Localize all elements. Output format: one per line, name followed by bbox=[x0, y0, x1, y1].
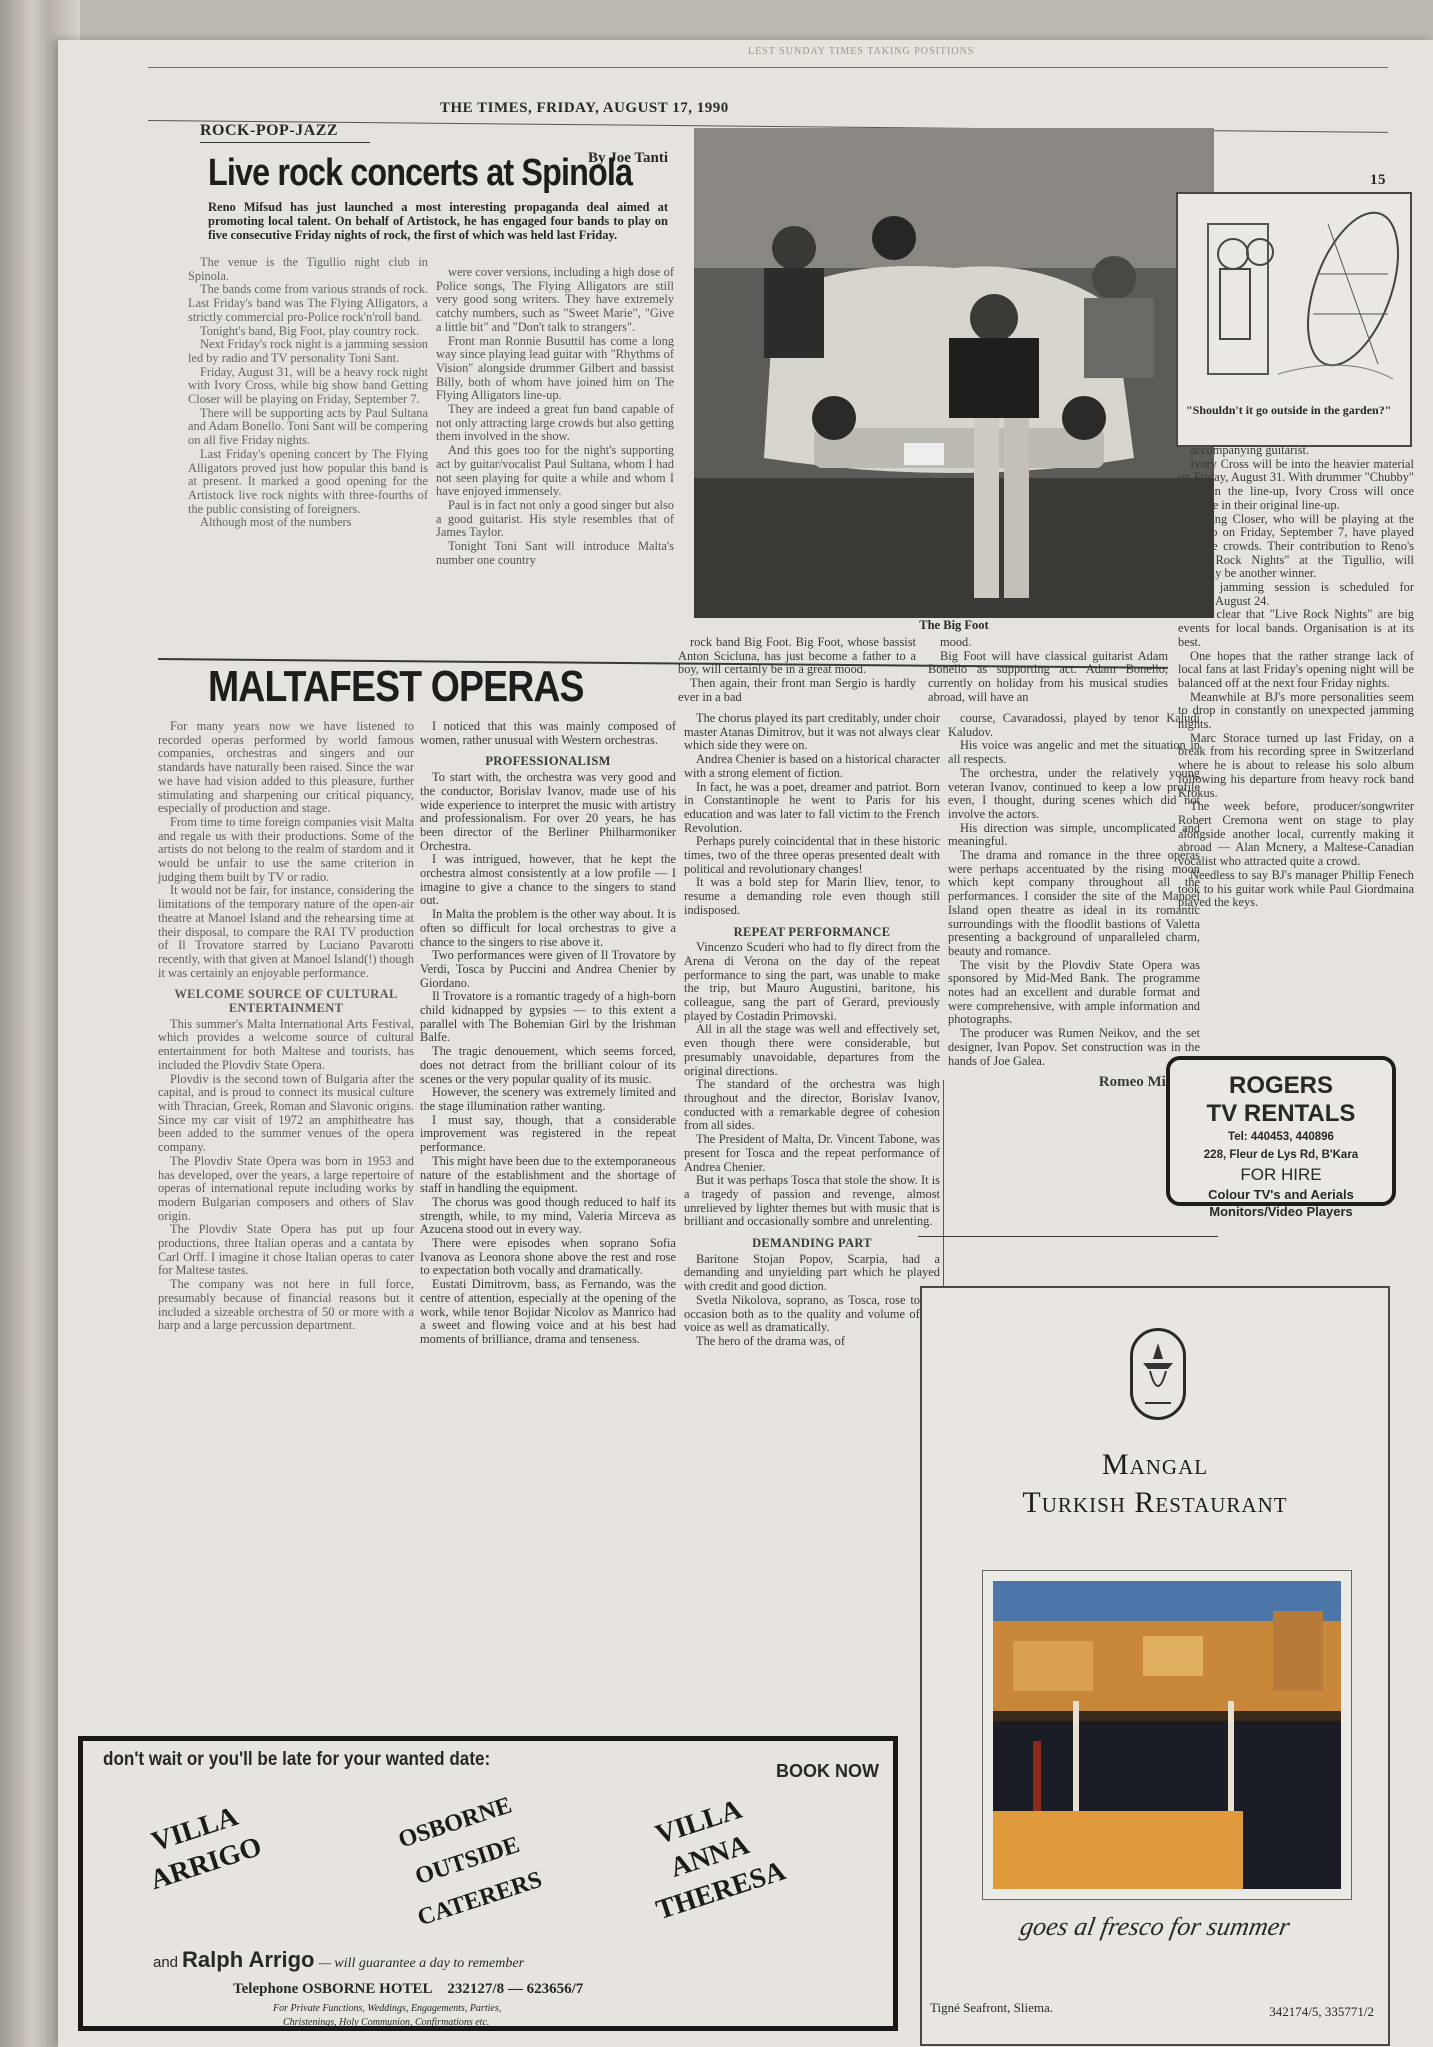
paragraph: It would not be fair, for instance, cons… bbox=[158, 884, 414, 980]
mangal-tagline: goes al fresco for summer bbox=[919, 1912, 1390, 1942]
running-head-date: THE TIMES, FRIDAY, AUGUST 17, 1990 bbox=[440, 100, 729, 117]
paragraph: The Plovdiv State Opera was born in 1953… bbox=[158, 1155, 414, 1224]
book-now-label: BOOK NOW bbox=[776, 1761, 879, 1782]
paragraph: The drama and romance in the three opera… bbox=[948, 849, 1200, 959]
band-photo bbox=[694, 128, 1214, 618]
ralph-arrigo-line: and Ralph Arrigo — will guarantee a day … bbox=[153, 1947, 524, 1973]
paragraph: However, the scenery was extremely limit… bbox=[420, 1086, 676, 1113]
telephone-line: Telephone OSBORNE HOTEL 232127/8 — 62365… bbox=[233, 1981, 583, 1998]
mangal-photo-frame bbox=[982, 1570, 1352, 1900]
paragraph: The week before, producer/songwriter Rob… bbox=[1178, 800, 1414, 869]
mangal-restaurant-ad: Mangal Turkish Restaurant goes al fresco… bbox=[920, 1286, 1390, 2046]
paragraph: The hero of the drama was, of bbox=[684, 1335, 940, 1349]
opera-column-4: course, Cavaradossi, played by tenor Kal… bbox=[948, 712, 1200, 1090]
ad-for-hire: FOR HIRE bbox=[1170, 1164, 1392, 1186]
top-rule bbox=[148, 67, 1388, 68]
paragraph: Getting Closer, who will be playing at t… bbox=[1178, 513, 1414, 582]
paragraph: I noticed that this was mainly composed … bbox=[420, 720, 676, 747]
rock-headline: Live rock concerts at Spinola bbox=[208, 152, 632, 195]
rock-standfirst: Reno Mifsud has just launched a most int… bbox=[208, 200, 668, 242]
venue-osborne-caterers: OSBORNE OUTSIDE CATERERS bbox=[388, 1784, 548, 1938]
ralph-arrigo-name: Ralph Arrigo bbox=[182, 1947, 314, 1972]
paragraph: All in all the stage was well and effect… bbox=[684, 1023, 940, 1078]
paragraph: The tragic denouement, which seems force… bbox=[420, 1045, 676, 1086]
paragraph: The company was not here in full force, … bbox=[158, 1278, 414, 1333]
rock-column-3: rock band Big Foot. Big Foot, whose bass… bbox=[678, 636, 916, 705]
paragraph: Plovdiv is the second town of Bulgaria a… bbox=[158, 1073, 414, 1155]
paragraph: In Malta the problem is the other way ab… bbox=[420, 908, 676, 949]
newspaper-page: LEST SUNDAY TIMES TAKING POSITIONS THE T… bbox=[58, 40, 1433, 2047]
paragraph: There were episodes when soprano Sofia I… bbox=[420, 1237, 676, 1278]
paragraph: Andrea Chenier is based on a historical … bbox=[684, 753, 940, 780]
paragraph: The venue is the Tigullio night club in … bbox=[188, 256, 428, 283]
paragraph: This might have been due to the extempor… bbox=[420, 1155, 676, 1196]
paragraph: They are indeed a great fun band capable… bbox=[436, 403, 674, 444]
paragraph: Perhaps purely coincidental that in thes… bbox=[684, 835, 940, 876]
paragraph: Baritone Stojan Popov, Scarpia, had a de… bbox=[684, 1253, 940, 1294]
page-number: 15 bbox=[1370, 172, 1386, 189]
paragraph: To start with, the orchestra was very go… bbox=[420, 771, 676, 853]
paragraph: Big Foot will have classical guitarist A… bbox=[928, 650, 1168, 705]
paragraph: Next Friday's rock night is a jamming se… bbox=[188, 338, 428, 365]
paragraph: This summer's Malta International Arts F… bbox=[158, 1018, 414, 1073]
rock-column-4: mood. Big Foot will have classical guita… bbox=[928, 636, 1168, 705]
villa-arrigo-ad: don't wait or you'll be late for your wa… bbox=[78, 1736, 898, 2031]
paragraph: Tonight's band, Big Foot, play country r… bbox=[188, 325, 428, 339]
opera-headline: MALTAFEST OPERAS bbox=[208, 662, 584, 712]
functions-line-1: For Private Functions, Weddings, Engagem… bbox=[273, 2003, 501, 2014]
paragraph: For many years now we have listened to r… bbox=[158, 720, 414, 816]
paragraph: I must say, though, that a considerable … bbox=[420, 1114, 676, 1155]
paragraph: Although most of the numbers bbox=[188, 516, 428, 530]
telephone-label: Telephone OSBORNE HOTEL bbox=[233, 1981, 432, 1997]
rock-column-1: The venue is the Tigullio night club in … bbox=[188, 256, 428, 530]
paragraph: It is clear that "Live Rock Nights" are … bbox=[1178, 608, 1414, 649]
subhead-repeat-performance: REPEAT PERFORMANCE bbox=[684, 926, 940, 940]
paragraph: Meanwhile at BJ's more personalities see… bbox=[1178, 691, 1414, 732]
ad-telephone: Tel: 440453, 440896 bbox=[1170, 1128, 1392, 1146]
paragraph: The producer was Rumen Neikov, and the s… bbox=[948, 1027, 1200, 1068]
ad-item-1: Colour TV's and Aerials bbox=[1170, 1186, 1392, 1203]
paragraph: The orchestra, under the relatively youn… bbox=[948, 767, 1200, 822]
opera-column-1: For many years now we have listened to r… bbox=[158, 720, 414, 1333]
rule bbox=[918, 1236, 1218, 1237]
paragraph: Il Trovatore is a romantic tragedy of a … bbox=[420, 990, 676, 1045]
paragraph: The bands come from various strands of r… bbox=[188, 283, 428, 324]
paragraph: The visit by the Plovdiv State Opera was… bbox=[948, 959, 1200, 1028]
paragraph: His voice was angelic and met the situat… bbox=[948, 739, 1200, 766]
subhead-demanding-part: DEMANDING PART bbox=[684, 1237, 940, 1251]
paragraph: Needless to say BJ's manager Phillip Fen… bbox=[1178, 869, 1414, 910]
guarantee-text: — will guarantee a day to remember bbox=[318, 1956, 524, 1971]
rogers-tv-rentals-ad: ROGERS TV RENTALS Tel: 440453, 440896 22… bbox=[1166, 1056, 1396, 1206]
venue-villa-anna-theresa: VILLA ANNA THERESA bbox=[630, 1785, 791, 1929]
subhead-professionalism: PROFESSIONALISM bbox=[420, 755, 676, 769]
paragraph: rock band Big Foot. Big Foot, whose bass… bbox=[678, 636, 916, 677]
ad-address: 228, Fleur de Lys Rd, B'Kara bbox=[1170, 1146, 1392, 1164]
paragraph: The standard of the orchestra was high t… bbox=[684, 1078, 940, 1133]
subhead-welcome: WELCOME SOURCE OF CULTURAL ENTERTAINMENT bbox=[158, 988, 414, 1015]
paragraph: Vincenzo Scuderi who had to fly direct f… bbox=[684, 941, 940, 1023]
paragraph: There will be supporting acts by Paul Su… bbox=[188, 407, 428, 448]
ad-name-line1: ROGERS bbox=[1170, 1072, 1392, 1100]
paragraph: Then again, their front man Sergio is ha… bbox=[678, 677, 916, 704]
paragraph: The chorus was good though reduced to ha… bbox=[420, 1196, 676, 1237]
cartoon-caption: "Shouldn't it go outside in the garden?" bbox=[1178, 399, 1410, 421]
paragraph: Eustati Dimitrovm, bass, as Fernando, wa… bbox=[420, 1278, 676, 1347]
band-photo-caption: The Big Foot bbox=[694, 618, 1214, 633]
paragraph: accompanying guitarist. bbox=[1178, 444, 1414, 458]
band-photo-illustration bbox=[694, 128, 1214, 618]
mangal-address: Tigné Seafront, Sliema. bbox=[930, 2000, 1053, 2016]
paragraph: Two performances were given of Il Trovat… bbox=[420, 949, 676, 990]
mangal-subtitle: Turkish Restaurant bbox=[922, 1486, 1388, 1520]
paragraph: But it was perhaps Tosca that stole the … bbox=[684, 1174, 940, 1229]
paragraph: And this goes too for the night's suppor… bbox=[436, 444, 674, 499]
paragraph: Front man Ronnie Busuttil has come a lon… bbox=[436, 335, 674, 404]
paragraph: Paul is in fact not only a good singer b… bbox=[436, 499, 674, 540]
paragraph: course, Cavaradossi, played by tenor Kal… bbox=[948, 712, 1200, 739]
rock-column-5: accompanying guitarist. Ivory Cross will… bbox=[1178, 444, 1414, 910]
paragraph: The Plovdiv State Opera has put up four … bbox=[158, 1223, 414, 1278]
section-kicker: ROCK-POP-JAZZ bbox=[200, 122, 338, 140]
venue-villa-arrigo: VILLA ARRIGO bbox=[135, 1795, 267, 1899]
opera-byline: Romeo Micallef bbox=[948, 1076, 1200, 1090]
faint-bleed-through-text: LEST SUNDAY TIMES TAKING POSITIONS bbox=[748, 46, 974, 57]
lantern-logo-icon bbox=[1130, 1328, 1186, 1420]
cartoon-drawing bbox=[1178, 194, 1410, 394]
and-text: and bbox=[153, 1954, 178, 1971]
telephone-numbers: 232127/8 — 623656/7 bbox=[447, 1981, 583, 1997]
rock-column-2: were cover versions, including a high do… bbox=[436, 266, 674, 567]
paragraph: It was a bold step for Marin Iliev, teno… bbox=[684, 876, 940, 917]
opera-column-3: The chorus played its part creditably, u… bbox=[684, 712, 940, 1349]
paragraph: Tonight Toni Sant will introduce Malta's… bbox=[436, 540, 674, 567]
paragraph: Svetla Nikolova, soprano, as Tosca, rose… bbox=[684, 1294, 940, 1335]
paragraph: The jamming session is scheduled for Fri… bbox=[1178, 581, 1414, 608]
paragraph: In fact, he was a poet, dreamer and patr… bbox=[684, 781, 940, 836]
paragraph: Ivory Cross will be into the heavier mat… bbox=[1178, 458, 1414, 513]
paragraph: Last Friday's opening concert by The Fly… bbox=[188, 448, 428, 517]
ad-item-2: Monitors/Video Players bbox=[1170, 1203, 1392, 1220]
paragraph: Friday, August 31, will be a heavy rock … bbox=[188, 366, 428, 407]
paragraph: I was intrigued, however, that he kept t… bbox=[420, 853, 676, 908]
paragraph: mood. bbox=[928, 636, 1168, 650]
paragraph: were cover versions, including a high do… bbox=[436, 266, 674, 335]
valletta-terrace-photo bbox=[993, 1581, 1341, 1889]
paragraph: One hopes that the rather strange lack o… bbox=[1178, 650, 1414, 691]
paragraph: Marc Storace turned up last Friday, on a… bbox=[1178, 732, 1414, 801]
mangal-name: Mangal bbox=[922, 1448, 1388, 1482]
kicker-underline bbox=[200, 142, 370, 143]
cartoon-panel: "Shouldn't it go outside in the garden?" bbox=[1176, 192, 1412, 447]
functions-line-2: Christenings, Holy Communion, Confirmati… bbox=[283, 2017, 489, 2028]
paragraph: The chorus played its part creditably, u… bbox=[684, 712, 940, 753]
ad-name-line2: TV RENTALS bbox=[1170, 1100, 1392, 1128]
paragraph: From time to time foreign companies visi… bbox=[158, 816, 414, 885]
mangal-phone: 342174/5, 335771/2 bbox=[1269, 2004, 1374, 2020]
paragraph: The President of Malta, Dr. Vincent Tabo… bbox=[684, 1133, 940, 1174]
paragraph: His direction was simple, uncomplicated … bbox=[948, 822, 1200, 849]
ad-tagline: don't wait or you'll be late for your wa… bbox=[103, 1749, 490, 1771]
opera-column-2: I noticed that this was mainly composed … bbox=[420, 720, 676, 1347]
